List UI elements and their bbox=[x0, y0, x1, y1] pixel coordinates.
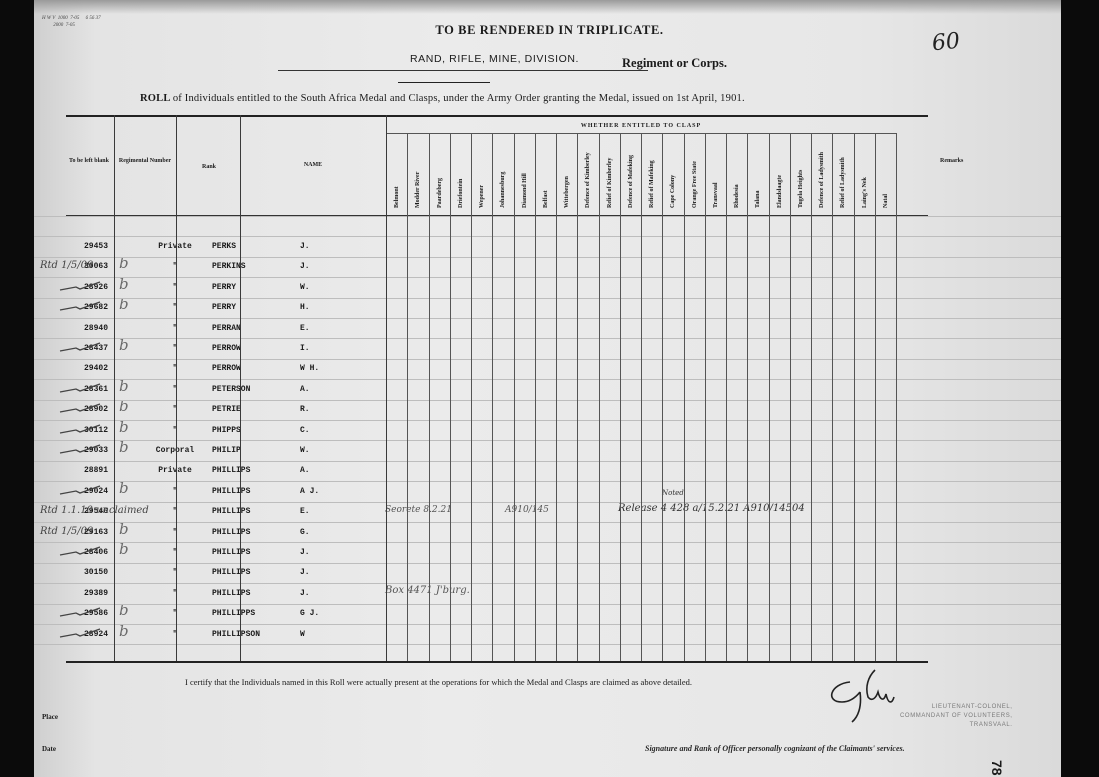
table-row: 29682"PERRYH.b bbox=[0, 298, 1099, 318]
initials: E. bbox=[300, 324, 310, 333]
roll-title-bold: ROLL bbox=[140, 93, 170, 104]
rank: " bbox=[143, 324, 207, 333]
checkmark-icon bbox=[58, 484, 98, 494]
regimental-number: 29402 bbox=[84, 364, 108, 373]
ruled-line bbox=[34, 318, 1061, 319]
clasp-column-rule bbox=[535, 133, 536, 661]
clasp-column-rule bbox=[577, 133, 578, 661]
ruled-line bbox=[34, 359, 1061, 360]
table-top-rule bbox=[66, 115, 928, 117]
clasp-column-rule bbox=[705, 133, 706, 661]
stamp-line-2: COMMANDANT OF VOLUNTEERS, bbox=[900, 712, 1013, 721]
surname: PETRIE bbox=[212, 405, 241, 414]
header-left-blank: To be left blank bbox=[64, 155, 114, 168]
initials: G. bbox=[300, 528, 310, 537]
checkmark-icon bbox=[58, 545, 98, 555]
checkmark-icon bbox=[58, 443, 98, 453]
surname: PHILIP bbox=[212, 446, 241, 455]
checkmark-icon bbox=[58, 382, 98, 392]
rank: Private bbox=[143, 242, 207, 251]
ruled-line bbox=[34, 563, 1061, 564]
surname: PHILLIPS bbox=[212, 548, 250, 557]
initials: A. bbox=[300, 385, 310, 394]
rank: " bbox=[143, 507, 207, 516]
table-row: 28926"PERRYW.b bbox=[0, 278, 1099, 298]
annotation-box-address: Box 4471 J'burg. bbox=[385, 585, 470, 596]
ruled-line bbox=[34, 338, 1061, 339]
surname: PHILLIPPS bbox=[212, 609, 255, 618]
initials: A. bbox=[300, 466, 310, 475]
ruled-line bbox=[34, 624, 1061, 625]
surname: PHILLIPSON bbox=[212, 630, 260, 639]
ruled-line bbox=[34, 481, 1061, 482]
surname: PERRY bbox=[212, 303, 236, 312]
header-remarks: Remarks bbox=[940, 158, 963, 164]
rank: Private bbox=[143, 466, 207, 475]
table-row: 29024"PHILLIPSA J.b bbox=[0, 482, 1099, 502]
initials: J. bbox=[300, 568, 310, 577]
initials: W. bbox=[300, 283, 310, 292]
ruled-line bbox=[34, 583, 1061, 584]
rank: " bbox=[143, 589, 207, 598]
table-row: 28406"PHILLIPSJ.b bbox=[0, 543, 1099, 563]
rank: " bbox=[143, 528, 207, 537]
ruled-line bbox=[34, 257, 1061, 258]
initials: J. bbox=[300, 242, 310, 251]
ruled-line bbox=[34, 400, 1061, 401]
annotation-sec-ref: Seorete 8.2.21 bbox=[385, 505, 452, 515]
ruled-line bbox=[34, 604, 1061, 605]
initials: J. bbox=[300, 262, 310, 271]
rank: " bbox=[143, 262, 207, 271]
table-row: 30112"PHIPPSC.b bbox=[0, 421, 1099, 441]
clasp-column-rule bbox=[471, 133, 472, 661]
rank: Corporal bbox=[143, 446, 207, 455]
header-bottom-rule bbox=[66, 215, 928, 216]
table-row: 29389"PHILLIPSJ. bbox=[0, 584, 1099, 604]
initials: H. bbox=[300, 303, 310, 312]
ruled-line bbox=[34, 440, 1061, 441]
clasp-column-rule bbox=[790, 133, 791, 661]
surname: PHILLIPS bbox=[212, 487, 250, 496]
ruled-line bbox=[34, 644, 1061, 645]
place-label: Place bbox=[42, 713, 58, 721]
table-row: 28940"PERRANE. bbox=[0, 319, 1099, 339]
clasp-column-rule bbox=[769, 133, 770, 661]
initials: A J. bbox=[300, 487, 319, 496]
ruled-line bbox=[34, 379, 1061, 380]
regiment-underline bbox=[278, 70, 648, 71]
header-regimental-number: Regimental Number bbox=[116, 155, 174, 168]
annotation-release: Release 4 428 a/15.2.21 A910/14504 bbox=[618, 503, 805, 514]
rank: " bbox=[143, 568, 207, 577]
ruled-line bbox=[34, 461, 1061, 462]
rank: " bbox=[143, 548, 207, 557]
ruled-line bbox=[34, 502, 1061, 503]
surname: PHIPPS bbox=[212, 426, 241, 435]
rank: " bbox=[143, 283, 207, 292]
surname: PERROW bbox=[212, 344, 241, 353]
handwritten-page-number: 60 bbox=[931, 29, 961, 57]
checkmark-icon bbox=[58, 341, 98, 351]
stamp-line-1: LIEUTENANT-COLONEL, bbox=[900, 703, 1013, 712]
table-row: 28891PrivatePHILLIPSA. bbox=[0, 461, 1099, 481]
clasp-column-rule bbox=[832, 133, 833, 661]
rank: " bbox=[143, 405, 207, 414]
table-row: 28437"PERROWI.b bbox=[0, 339, 1099, 359]
surname: PHILLIPS bbox=[212, 466, 250, 475]
regimental-number: 28891 bbox=[84, 466, 108, 475]
initials: W H. bbox=[300, 364, 319, 373]
regimental-number: 30150 bbox=[84, 568, 108, 577]
certification-text: I certify that the Individuals named in … bbox=[185, 677, 692, 687]
annotation-noted: Noted bbox=[662, 489, 684, 497]
regiment-label: Regiment or Corps. bbox=[622, 56, 727, 71]
surname: PERRAN bbox=[212, 324, 241, 333]
table-row: 29163"PHILLIPSG.bRtd 1/5/09 bbox=[0, 523, 1099, 543]
rank: " bbox=[143, 487, 207, 496]
ruled-line bbox=[34, 298, 1061, 299]
table-row: 28361"PETERSONA.b bbox=[0, 380, 1099, 400]
clasp-column-rule bbox=[726, 133, 727, 661]
officer-rank-stamp: LIEUTENANT-COLONEL, COMMANDANT OF VOLUNT… bbox=[900, 703, 1013, 730]
surname: PHILLIPS bbox=[212, 589, 250, 598]
checkmark-icon bbox=[58, 627, 98, 637]
checkmark-icon bbox=[58, 280, 98, 290]
initials: J. bbox=[300, 589, 310, 598]
table-row: 28924"PHILLIPSONWb bbox=[0, 625, 1099, 645]
surname: PERRY bbox=[212, 283, 236, 292]
signature-caption: Signature and Rank of Officer personally… bbox=[645, 744, 905, 753]
table-row: 30063"PERKINSJ.bRtd 1/5/09 bbox=[0, 257, 1099, 277]
clasp-column-rule bbox=[641, 133, 642, 661]
initials: G J. bbox=[300, 609, 319, 618]
clasp-column-rule bbox=[896, 133, 897, 661]
ruled-line bbox=[34, 542, 1061, 543]
officer-signature bbox=[820, 662, 900, 732]
ruled-line bbox=[34, 216, 1061, 217]
clasp-column-rule bbox=[429, 133, 430, 661]
date-label: Date bbox=[42, 745, 56, 753]
header-name: NAME bbox=[242, 159, 384, 172]
clasp-column-rule bbox=[556, 133, 557, 661]
checkmark-icon bbox=[58, 402, 98, 412]
ruled-line bbox=[34, 522, 1061, 523]
surname: PETERSON bbox=[212, 385, 250, 394]
clasp-column-rule bbox=[811, 133, 812, 661]
clasp-column-rule bbox=[492, 133, 493, 661]
roll-title: ROLL of Individuals entitled to the Sout… bbox=[140, 93, 745, 104]
column-rule bbox=[240, 115, 241, 661]
checkmark-icon bbox=[58, 300, 98, 310]
table-row: 29546"PHILLIPSE.Rtd 1.1.10 unclaimed bbox=[0, 502, 1099, 522]
initials: R. bbox=[300, 405, 310, 414]
column-rule bbox=[176, 115, 177, 661]
rank: " bbox=[143, 630, 207, 639]
initials: I. bbox=[300, 344, 310, 353]
clasp-column-rule bbox=[747, 133, 748, 661]
initials: W bbox=[300, 630, 305, 639]
ruled-line bbox=[34, 277, 1061, 278]
clasp-column-rule bbox=[514, 133, 515, 661]
ruled-line bbox=[34, 420, 1061, 421]
left-margin-note: Rtd 1/5/09 bbox=[40, 526, 93, 537]
rank: " bbox=[143, 609, 207, 618]
header-rank: Rank bbox=[178, 161, 240, 174]
left-margin-note: Rtd 1.1.10 unclaimed bbox=[40, 505, 149, 516]
regiment-name: RAND, RIFLE, MINE, DIVISION. bbox=[410, 53, 579, 65]
surname: PERROW bbox=[212, 364, 241, 373]
clasp-column-rule bbox=[854, 133, 855, 661]
stamp-line-3: TRANSVAAL. bbox=[900, 721, 1013, 730]
regimental-number: 28940 bbox=[84, 324, 108, 333]
rank: " bbox=[143, 426, 207, 435]
column-rule bbox=[114, 115, 115, 661]
table-row: 30150"PHILLIPSJ. bbox=[0, 563, 1099, 583]
table-row: 29453PrivatePERKSJ. bbox=[0, 237, 1099, 257]
initials: W. bbox=[300, 446, 310, 455]
rank: " bbox=[143, 344, 207, 353]
roll-title-text: of Individuals entitled to the South Afr… bbox=[173, 93, 745, 104]
surname: PHILLIPS bbox=[212, 507, 250, 516]
left-margin-note: Rtd 1/5/09 bbox=[40, 260, 93, 271]
ruled-line bbox=[34, 236, 1061, 237]
rank: " bbox=[143, 364, 207, 373]
title-divider bbox=[398, 82, 490, 83]
table-row: 28902"PETRIER.b bbox=[0, 400, 1099, 420]
initials: J. bbox=[300, 548, 310, 557]
clasp-column-rule bbox=[407, 133, 408, 661]
surname: PERKS bbox=[212, 242, 236, 251]
checkmark-icon bbox=[58, 423, 98, 433]
clasp-column-rule bbox=[662, 133, 663, 661]
rank: " bbox=[143, 385, 207, 394]
surname: PHILLIPS bbox=[212, 568, 250, 577]
regimental-number: 29389 bbox=[84, 589, 108, 598]
table-row: 29402"PERROWW H. bbox=[0, 359, 1099, 379]
table-row: 29586"PHILLIPPSG J.b bbox=[0, 604, 1099, 624]
initials: C. bbox=[300, 426, 310, 435]
annotation-file-ref: A910/145 bbox=[505, 505, 549, 515]
initials: E. bbox=[300, 507, 310, 516]
clasp-column-rule bbox=[875, 133, 876, 661]
clasp-column-rule bbox=[620, 133, 621, 661]
surname: PHILLIPS bbox=[212, 528, 250, 537]
clasp-column-rule bbox=[684, 133, 685, 661]
table-bottom-rule bbox=[66, 661, 928, 663]
rank: " bbox=[143, 303, 207, 312]
folio-number: 78 bbox=[989, 760, 1005, 776]
checkmark-icon bbox=[58, 606, 98, 616]
clasp-column-rule bbox=[450, 133, 451, 661]
table-row: 29033CorporalPHILIPW.b bbox=[0, 441, 1099, 461]
clasp-column-rule bbox=[599, 133, 600, 661]
column-rule bbox=[386, 115, 387, 661]
regimental-number: 29453 bbox=[84, 242, 108, 251]
